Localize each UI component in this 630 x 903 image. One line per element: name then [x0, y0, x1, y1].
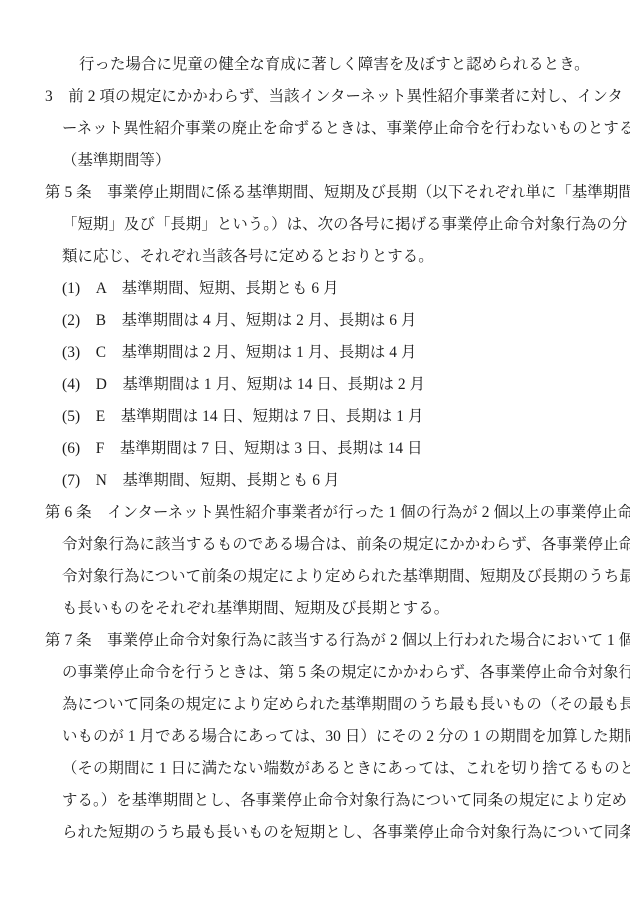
article-5-line-1: 第 5 条 事業停止期間に係る基準期間、短期及び長期（以下それぞれ単に「基準期間… [45, 177, 590, 209]
continuation-line: 行った場合に児童の健全な育成に著しく障害を及ぼすと認められるとき。 [79, 49, 590, 81]
item-line-6: (6) F 基準期間は 7 日、短期は 3 日、長期は 14 日 [62, 433, 590, 465]
article-6-line-4: も長いものをそれぞれ基準期間、短期及び長期とする。 [62, 593, 590, 625]
article-7-line-7: られた短期のうち最も長いものを短期とし、各事業停止命令対象行為について同条 [62, 817, 590, 849]
item-line-5: (5) E 基準期間は 14 日、短期は 7 日、長期は 1 月 [62, 401, 590, 433]
item-line-1: (1) A 基準期間、短期、長期とも 6 月 [62, 273, 590, 305]
item-line-3: (3) C 基準期間は 2 月、短期は 1 月、長期は 4 月 [62, 337, 590, 369]
section-caption: （基準期間等） [62, 145, 590, 177]
item-line-4: (4) D 基準期間は 1 月、短期は 14 日、長期は 2 月 [62, 369, 590, 401]
article-7-line-2: の事業停止命令を行うときは、第 5 条の規定にかかわらず、各事業停止命令対象行 [62, 657, 590, 689]
article-5-line-3: 類に応じ、それぞれ当該各号に定めるとおりとする。 [62, 241, 590, 273]
paragraph-3-line-1: 3 前 2 項の規定にかかわらず、当該インターネット異性紹介事業者に対し、インタ [45, 81, 590, 113]
article-7-line-5: （その期間に 1 日に満たない端数があるときにあっては、これを切り捨てるものと [62, 753, 590, 785]
article-7-line-6: する。）を基準期間とし、各事業停止命令対象行為について同条の規定により定め [62, 785, 590, 817]
article-7-line-1: 第 7 条 事業停止命令対象行為に該当する行為が 2 個以上行われた場合において… [45, 625, 590, 657]
item-line-2: (2) B 基準期間は 4 月、短期は 2 月、長期は 6 月 [62, 305, 590, 337]
article-5-line-2: 「短期」及び「長期」という。）は、次の各号に掲げる事業停止命令対象行為の分 [62, 209, 590, 241]
article-6-line-2: 令対象行為に該当するものである場合は、前条の規定にかかわらず、各事業停止命 [62, 529, 590, 561]
document-body: 行った場合に児童の健全な育成に著しく障害を及ぼすと認められるとき。 3 前 2 … [0, 0, 630, 849]
paragraph-3-line-2: ーネット異性紹介事業の廃止を命ずるときは、事業停止命令を行わないものとする。 [62, 113, 590, 145]
item-line-7: (7) N 基準期間、短期、長期とも 6 月 [62, 465, 590, 497]
article-7-line-4: いものが 1 月である場合にあっては、30 日）にその 2 分の 1 の期間を加… [62, 721, 590, 753]
article-6-line-1: 第 6 条 インターネット異性紹介事業者が行った 1 個の行為が 2 個以上の事… [45, 497, 590, 529]
document-page: 行った場合に児童の健全な育成に著しく障害を及ぼすと認められるとき。 3 前 2 … [0, 0, 630, 903]
article-6-line-3: 令対象行為について前条の規定により定められた基準期間、短期及び長期のうち最 [62, 561, 590, 593]
article-7-line-3: 為について同条の規定により定められた基準期間のうち最も長いもの（その最も長 [62, 689, 590, 721]
